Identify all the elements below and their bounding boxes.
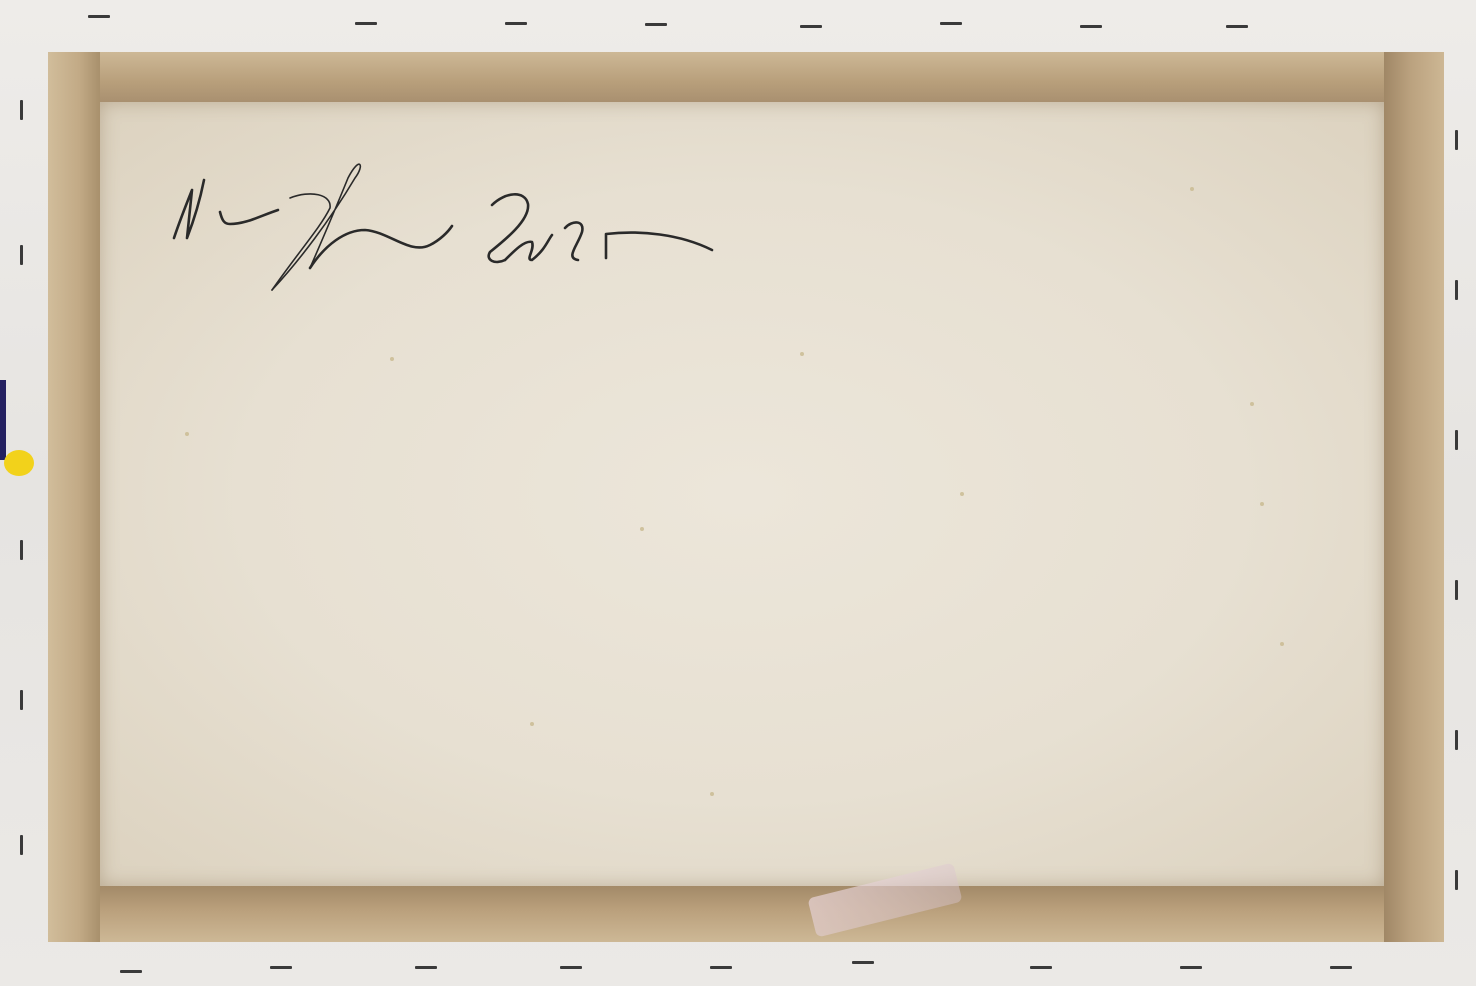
staple [415,966,437,969]
speck [1280,642,1284,646]
staple [20,690,23,710]
speck [1190,187,1194,191]
staple [710,966,732,969]
staple [940,22,962,25]
staple [20,835,23,855]
speck [530,722,534,726]
staple [355,22,377,25]
staple [20,540,23,560]
speck [185,432,189,436]
stretcher-bar-right [1384,52,1444,942]
speck [960,492,964,496]
staple [1455,130,1458,150]
speck [390,357,394,361]
staple [270,966,292,969]
speck [1260,502,1264,506]
paint-stain-blue [0,380,6,460]
staple [1455,430,1458,450]
stretcher-bar-bottom [48,886,1444,942]
staple [88,15,110,18]
stretcher-bar-left [48,52,100,942]
speck [800,352,804,356]
staple [1080,25,1102,28]
staple [1455,280,1458,300]
staple [1455,730,1458,750]
staple [20,100,23,120]
staple [1030,966,1052,969]
staple [560,966,582,969]
speck [710,792,714,796]
staple [852,961,874,964]
speck [1250,402,1254,406]
staple [1330,966,1352,969]
staple [20,245,23,265]
staple [120,970,142,973]
staple [1455,580,1458,600]
speck [640,527,644,531]
staple [1455,870,1458,890]
staple [1180,966,1202,969]
staple [505,22,527,25]
staple [800,25,822,28]
artist-signature: 2025 [160,150,840,320]
staple [645,23,667,26]
staple [1226,25,1248,28]
paint-stain-yellow [4,450,34,476]
stretcher-bar-top [48,52,1444,102]
